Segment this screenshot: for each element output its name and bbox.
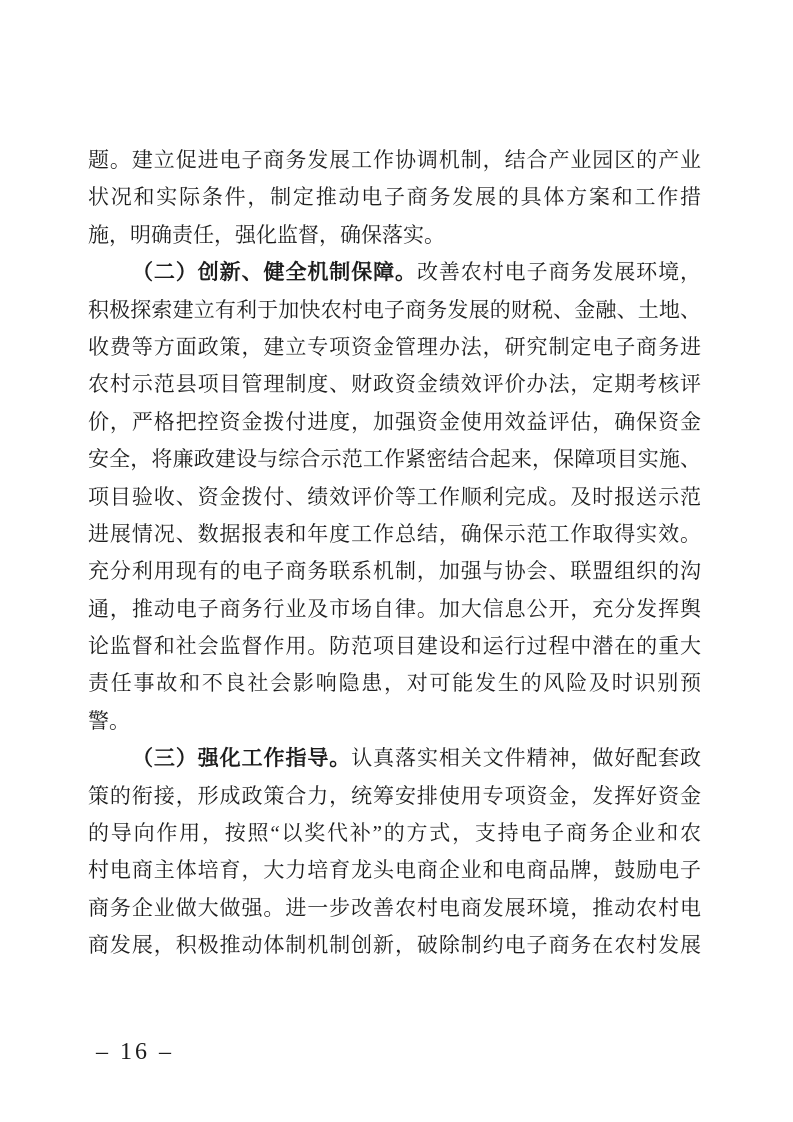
paragraph: （三）强化工作指导。认真落实相关文件精神，做好配套政策的衔接，形成政策合力，统筹…	[88, 740, 701, 964]
text-run: 施，明确责任，强化监督，确保落实。	[88, 223, 445, 247]
footer-page-number: – 16 –	[96, 1036, 174, 1068]
text-line: 进展情况、数据报表和年度工作总结，确保示范工作取得实效。	[88, 516, 701, 553]
text-run: 改善农村电子商务发展环境，	[417, 260, 701, 284]
text-line: 村电商主体培育，大力培育龙头电商企业和电商品牌，鼓励电子	[88, 852, 701, 889]
text-run: 村电商主体培育，大力培育龙头电商企业和电商品牌，鼓励电子	[88, 858, 701, 882]
text-line: 论监督和社会监督作用。防范项目建设和运行过程中潜在的重大	[88, 628, 701, 665]
text-line: 安全，将廉政建设与综合示范工作紧密结合起来，保障项目实施、	[88, 441, 701, 478]
text-run: 价，严格把控资金拨付进度，加强资金使用效益评估，确保资金	[88, 410, 701, 434]
text-line: 农村示范县项目管理制度、财政资金绩效评价办法，定期考核评	[88, 366, 701, 403]
text-line: 状况和实际条件，制定推动电子商务发展的具体方案和工作措	[88, 179, 701, 216]
text-run: 收费等方面政策，建立专项资金管理办法，研究制定电子商务进	[88, 335, 701, 359]
text-run: 农村示范县项目管理制度、财政资金绩效评价办法，定期考核评	[88, 372, 701, 396]
text-line: 责任事故和不良社会影响隐患，对可能发生的风险及时识别预	[88, 665, 701, 702]
text-run: 状况和实际条件，制定推动电子商务发展的具体方案和工作措	[88, 185, 701, 209]
text-run: 责任事故和不良社会影响隐患，对可能发生的风险及时识别预	[88, 671, 701, 695]
text-line: 商务企业做大做强。进一步改善农村电商发展环境，推动农村电	[88, 890, 701, 927]
text-run: 认真落实相关文件精神，做好配套政	[351, 746, 701, 770]
text-run: 的导向作用，按照“以奖代补”的方式，支持电子商务企业和农	[88, 821, 701, 845]
text-line: 策的衔接，形成政策合力，统筹安排使用专项资金，发挥好资金	[88, 778, 701, 815]
text-line: 的导向作用，按照“以奖代补”的方式，支持电子商务企业和农	[88, 815, 701, 852]
text-line: 商发展，积极推动体制机制创新，破除制约电子商务在农村发展	[88, 927, 701, 964]
text-line: 题。建立促进电子商务发展工作协调机制，结合产业园区的产业	[88, 142, 701, 179]
text-run: 通，推动电子商务行业及市场自律。加大信息公开，充分发挥舆	[88, 597, 701, 621]
text-line: 充分利用现有的电子商务联系机制，加强与协会、联盟组织的沟	[88, 553, 701, 590]
text-line: （三）强化工作指导。认真落实相关文件精神，做好配套政	[88, 740, 701, 777]
text-line: 施，明确责任，强化监督，确保落实。	[88, 217, 701, 254]
text-line: 警。	[88, 703, 701, 740]
text-run: 充分利用现有的电子商务联系机制，加强与协会、联盟组织的沟	[88, 559, 701, 583]
text-line: 收费等方面政策，建立专项资金管理办法，研究制定电子商务进	[88, 329, 701, 366]
text-run: 商发展，积极推动体制机制创新，破除制约电子商务在农村发展	[88, 933, 701, 957]
text-line: 积极探索建立有利于加快农村电子商务发展的财税、金融、土地、	[88, 292, 701, 329]
paragraph: （二）创新、健全机制保障。改善农村电子商务发展环境，积极探索建立有利于加快农村电…	[88, 254, 701, 740]
text-run: 商务企业做大做强。进一步改善农村电商发展环境，推动农村电	[88, 896, 701, 920]
text-line: 项目验收、资金拨付、绩效评价等工作顺利完成。及时报送示范	[88, 479, 701, 516]
section-heading: （二）创新、健全机制保障。	[132, 260, 417, 284]
document-page: 题。建立促进电子商务发展工作协调机制，结合产业园区的产业状况和实际条件，制定推动…	[0, 0, 793, 1122]
text-run: 警。	[88, 709, 130, 733]
text-run: 策的衔接，形成政策合力，统筹安排使用专项资金，发挥好资金	[88, 784, 701, 808]
text-line: 通，推动电子商务行业及市场自律。加大信息公开，充分发挥舆	[88, 591, 701, 628]
text-line: 价，严格把控资金拨付进度，加强资金使用效益评估，确保资金	[88, 404, 701, 441]
text-run: 题。建立促进电子商务发展工作协调机制，结合产业园区的产业	[88, 148, 701, 172]
text-block: 题。建立促进电子商务发展工作协调机制，结合产业园区的产业状况和实际条件，制定推动…	[88, 142, 701, 965]
text-line: （二）创新、健全机制保障。改善农村电子商务发展环境，	[88, 254, 701, 291]
text-run: 积极探索建立有利于加快农村电子商务发展的财税、金融、土地、	[88, 298, 701, 322]
paragraph: 题。建立促进电子商务发展工作协调机制，结合产业园区的产业状况和实际条件，制定推动…	[88, 142, 701, 254]
text-run: 进展情况、数据报表和年度工作总结，确保示范工作取得实效。	[88, 522, 701, 546]
text-run: 项目验收、资金拨付、绩效评价等工作顺利完成。及时报送示范	[88, 485, 701, 509]
text-run: 论监督和社会监督作用。防范项目建设和运行过程中潜在的重大	[88, 634, 701, 658]
section-heading: （三）强化工作指导。	[132, 746, 351, 770]
text-run: 安全，将廉政建设与综合示范工作紧密结合起来，保障项目实施、	[88, 447, 701, 471]
